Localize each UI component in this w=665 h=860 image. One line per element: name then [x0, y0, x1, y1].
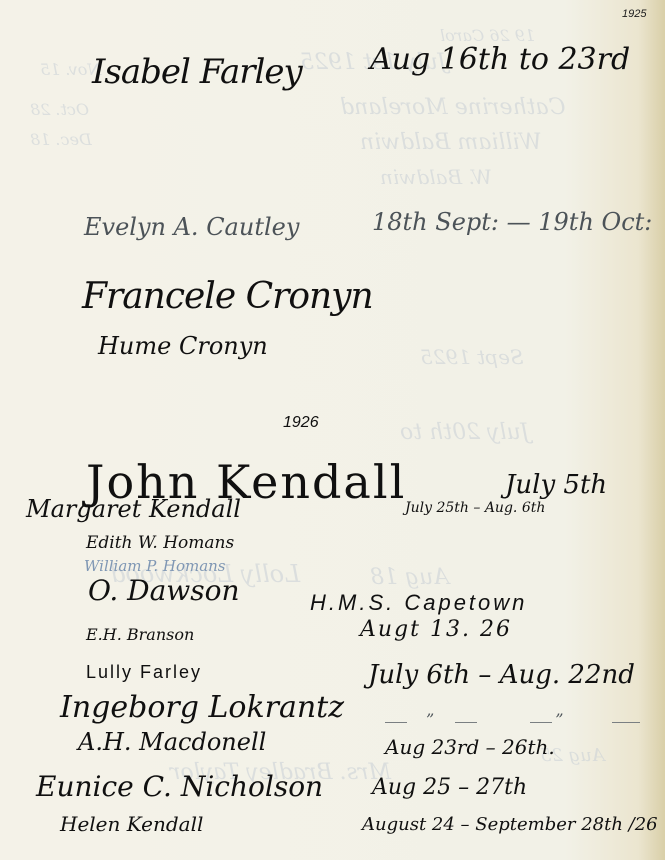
bleed-through-text: Oct. 28 — [30, 100, 89, 119]
entry-name: Isabel Farley — [92, 52, 302, 92]
entry-dates: 18th Sept: — 19th Oct: — [372, 208, 652, 236]
corner-year: 1925 — [622, 8, 646, 20]
entry-dates: Aug 16th to 23rd — [370, 42, 630, 77]
entry-dates: Aug 25 – 27th — [372, 775, 527, 800]
entry-name: Ingeborg Lokrantz — [60, 690, 344, 725]
entry-name: Margaret Kendall — [26, 495, 241, 523]
entry-name: Eunice C. Nicholson — [36, 770, 323, 803]
entry-dates: H.M.S. Capetown — [310, 590, 527, 616]
bleed-through-text: William Baldwin — [360, 130, 542, 155]
entry-name: A.H. Macdonell — [78, 728, 266, 756]
entry-name: Helen Kendall — [60, 812, 203, 836]
bleed-through-text: Catherine Moreland — [340, 95, 565, 120]
entry-dates: July 5th — [505, 470, 607, 500]
entry-dates: ” ” — [426, 710, 621, 729]
entry-name: Evelyn A. Cautley — [84, 213, 299, 241]
bleed-through-text: Sept 1925 — [420, 345, 524, 369]
entry-name: Hume Cronyn — [98, 332, 268, 360]
entry-name: E.H. Branson — [86, 625, 194, 644]
entry-name: William P. Homans — [84, 557, 226, 575]
bleed-through-text: Dec. 18 — [30, 130, 92, 149]
entry-dates: July 6th – Aug. 22nd — [368, 660, 635, 690]
entry-dates: Aug 23rd – 26th. — [385, 735, 555, 759]
entry-dates: July 25th – Aug. 6th — [405, 500, 545, 516]
entry-name: Francele Cronyn — [82, 276, 373, 317]
entry-dates: Augt 13. 26 — [360, 617, 512, 642]
year-heading: 1926 — [283, 414, 319, 432]
guest-book-page: 19 26 Carol July 1st 1925 Catherine More… — [0, 0, 665, 860]
bleed-through-text: July 20th to — [400, 420, 530, 445]
entry-name: Edith W. Homans — [86, 533, 234, 553]
bleed-through-text: Aug 18 — [370, 565, 449, 590]
bleed-through-text: W. Baldwin — [380, 165, 492, 189]
entry-dates: August 24 – September 28th /26 — [362, 814, 658, 835]
entry-name: O. Dawson — [88, 574, 239, 607]
ditto-dash — [385, 722, 407, 723]
entry-name: Lully Farley — [86, 662, 202, 683]
